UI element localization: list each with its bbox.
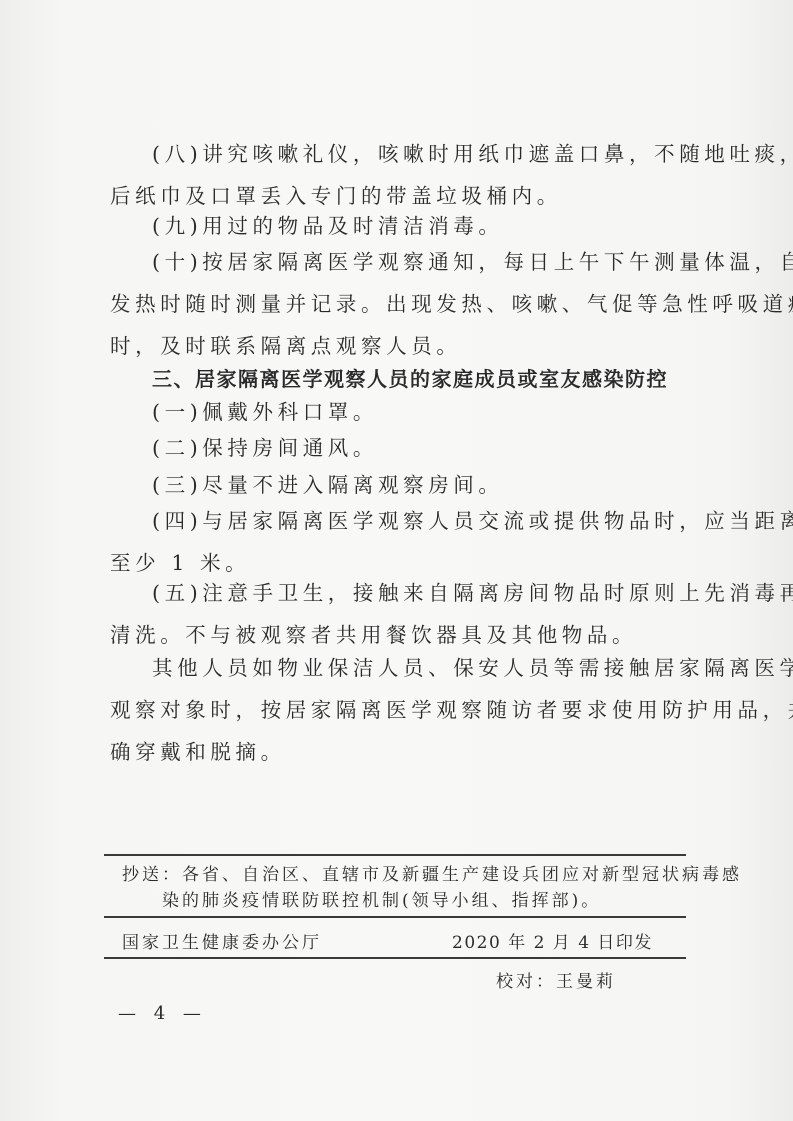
text-line: (八)讲究咳嗽礼仪，咳嗽时用纸巾遮盖口鼻，不随地吐痰，用 bbox=[110, 133, 690, 175]
footer-rule-middle bbox=[104, 916, 686, 918]
proofreader: 校对：王曼莉 bbox=[496, 967, 616, 992]
paragraph-item-2: (二)保持房间通风。 bbox=[110, 427, 690, 469]
page-number: — 4 — bbox=[118, 1003, 207, 1024]
footer-rule-top bbox=[104, 854, 686, 856]
issue-date: 2020 年 2 月 4 日印发 bbox=[452, 928, 653, 953]
text-line: 观察对象时，按居家隔离医学观察随访者要求使用防护用品，并正 bbox=[110, 689, 690, 731]
text-line: (四)与居家隔离医学观察人员交流或提供物品时，应当距离 bbox=[110, 500, 690, 542]
text-line: 发热时随时测量并记录。出现发热、咳嗽、气促等急性呼吸道症状 bbox=[110, 283, 690, 325]
section-heading: 三、居家隔离医学观察人员的家庭成员或室友感染防控 bbox=[152, 363, 668, 392]
text-line: 时，及时联系隔离点观察人员。 bbox=[110, 325, 690, 367]
text-line: (十)按居家隔离医学观察通知，每日上午下午测量体温，自觉 bbox=[110, 241, 690, 283]
cc-line-1: 抄送：各省、自治区、直辖市及新疆生产建设兵团应对新型冠状病毒感 bbox=[122, 860, 742, 885]
paragraph-item-10: (十)按居家隔离医学观察通知，每日上午下午测量体温，自觉 发热时随时测量并记录。… bbox=[110, 241, 690, 367]
paragraph-other-personnel: 其他人员如物业保洁人员、保安人员等需接触居家隔离医学 观察对象时，按居家隔离医学… bbox=[110, 647, 690, 773]
document-page: (八)讲究咳嗽礼仪，咳嗽时用纸巾遮盖口鼻，不随地吐痰，用 后纸巾及口罩丢入专门的… bbox=[0, 0, 793, 1121]
cc-line-2: 染的肺炎疫情联防联控机制(领导小组、指挥部)。 bbox=[162, 886, 601, 911]
text-line: 其他人员如物业保洁人员、保安人员等需接触居家隔离医学 bbox=[110, 647, 690, 689]
footer-rule-bottom bbox=[104, 957, 686, 959]
paragraph-item-5: (五)注意手卫生，接触来自隔离房间物品时原则上先消毒再 清洗。不与被观察者共用餐… bbox=[110, 572, 690, 656]
text-line: (二)保持房间通风。 bbox=[110, 427, 690, 469]
issuer-name: 国家卫生健康委办公厅 bbox=[122, 928, 322, 953]
text-line: (五)注意手卫生，接触来自隔离房间物品时原则上先消毒再 bbox=[110, 572, 690, 614]
text-line: 确穿戴和脱摘。 bbox=[110, 731, 690, 773]
